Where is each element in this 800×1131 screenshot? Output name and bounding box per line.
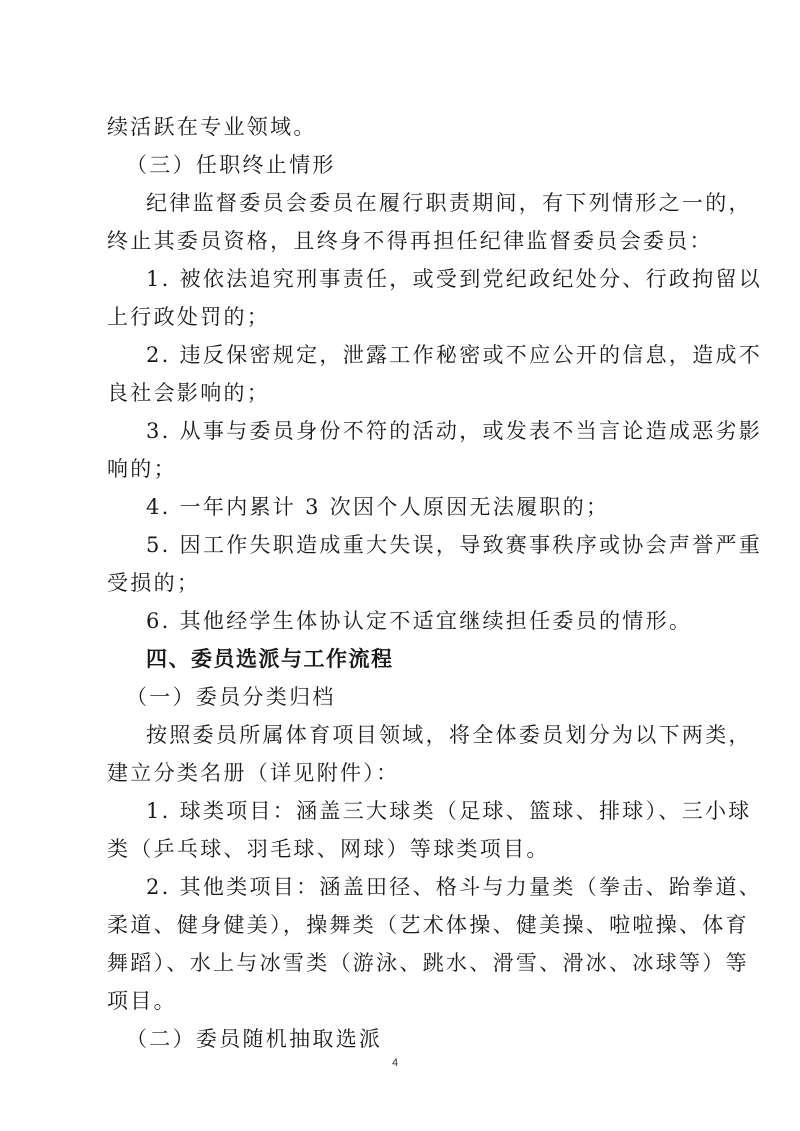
list-item-2-cont: 良社会影响的； [107,381,699,405]
section-heading: 四、委员选派与工作流程 [146,647,699,671]
subheading-random-selection: （二）委员随机抽取选派 [126,1027,718,1051]
list-item-2: 2. 违反保密规定，泄露工作秘密或不应公开的信息，造成不 [146,343,699,367]
list-item-1-cont: 上行政处罚的； [107,305,699,329]
paragraph-text: 按照委员所属体育项目领域，将全体委员划分为以下两类， [146,723,699,747]
list-item-5: 5. 因工作失职造成重大失误，导致赛事秩序或协会声誉严重 [146,533,699,557]
paragraph-text: 终止其委员资格，且终身不得再担任纪律监督委员会委员： [107,229,699,253]
category-item-1-cont: 类（乒乓球、羽毛球、网球）等球类项目。 [107,837,699,861]
list-item-3-cont: 响的； [107,457,699,481]
paragraph-text: 建立分类名册（详见附件）： [107,761,699,785]
subheading-termination: （三）任职终止情形 [126,153,718,177]
paragraph-continuation: 续活跃在专业领域。 [107,115,699,139]
category-item-2-cont: 柔道、健身健美），操舞类（艺术体操、健美操、啦啦操、体育 [107,913,699,937]
list-item-5-cont: 受损的； [107,571,699,595]
category-item-2: 2. 其他类项目：涵盖田径、格斗与力量类（拳击、跆拳道、 [146,875,699,899]
document-page: 续活跃在专业领域。 （三）任职终止情形 纪律监督委员会委员在履行职责期间，有下列… [0,0,800,1131]
category-item-2-cont: 项目。 [107,989,699,1013]
category-item-1: 1. 球类项目：涵盖三大球类（足球、篮球、排球）、三小球 [146,799,699,823]
category-item-2-cont: 舞蹈）、水上与冰雪类（游泳、跳水、滑雪、滑冰、冰球等）等 [107,951,699,975]
page-number: 4 [392,1057,398,1069]
subheading-classification: （一）委员分类归档 [126,685,718,709]
list-item-6: 6. 其他经学生体协认定不适宜继续担任委员的情形。 [146,609,699,633]
paragraph-text: 纪律监督委员会委员在履行职责期间，有下列情形之一的， [146,191,699,215]
list-item-3: 3. 从事与委员身份不符的活动，或发表不当言论造成恶劣影 [146,419,699,443]
list-item-4: 4. 一年内累计 3 次因个人原因无法履职的； [146,495,699,519]
list-item-1: 1. 被依法追究刑事责任，或受到党纪政纪处分、行政拘留以 [146,267,699,291]
